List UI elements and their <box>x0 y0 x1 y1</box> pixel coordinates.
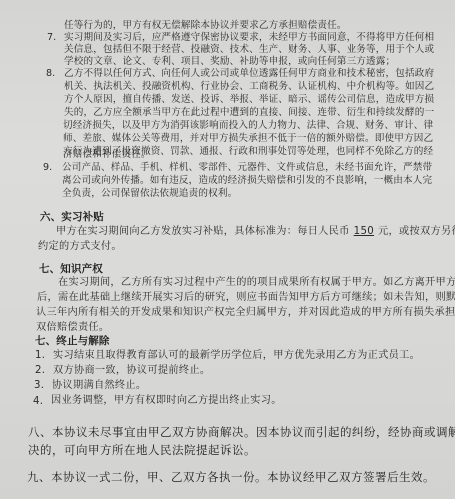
section-6-line-1-suffix: 元，或按双方另行 <box>378 226 455 237</box>
termination-item-3-number: 3. <box>34 380 44 392</box>
termination-item-2: 双方协商一致，协议可提前终止。 <box>53 365 210 377</box>
section-7-line-2: 后，需在此基础上继续开展实习后的研究，则应书面告知甲方后方可继续；如未告知，则默 <box>37 292 455 304</box>
clause-7-line-2: 关信息，包括但不限于经营、投融资、技术、生产、财务、人事、业务等，用于个人或 <box>64 44 434 56</box>
clause-9-line-2: 离公司或向外传播。如有违反，造成的经济损失赔偿和引发的不良影响，一概由本人完 <box>62 175 432 187</box>
agreement-page: 任等行为的，甲方有权无偿解除本协议并要求乙方承担赔偿责任。 7. 实习期间及实习… <box>0 0 455 499</box>
termination-item-4: 因业务调整，甲方有权即时向乙方提出终止实习。 <box>51 395 282 407</box>
section-6-line-1-prefix: 甲方在实习期间向乙方发放实习补贴，具体标准为：每日人民币 <box>56 226 350 237</box>
termination-item-3: 协议期满自然终止。 <box>52 380 146 392</box>
section-6-line-2: 约定的方式支付。 <box>38 241 122 253</box>
clause-9-line-3: 全负责，公司保留依法依规追责的权利。 <box>62 188 237 200</box>
section-6-line-1: 甲方在实习期间向乙方发放实习补贴，具体标准为：每日人民币150元，或按双方另行 <box>56 226 455 238</box>
clause-8-line-1: 乙方不得以任何方式、向任何人或公司或单位透露任何甲方商业和技术秘密，包括政府 <box>64 68 434 80</box>
clause-8-line-2: 机关、执法机关、投融资机构、行业协会、工商税务、认证机构、中介机构等。如因乙 <box>64 81 434 93</box>
clause-8-line-6: 师、差旅、媒体公关等费用，并对甲方损失承担不低于一倍的额外赔偿。即使甲方因乙 <box>63 133 433 145</box>
clause-8-line-8: 济赔偿和补偿责任。 <box>63 149 151 161</box>
clause-6-continuation: 任等行为的，甲方有权无偿解除本协议并要求乙方承担赔偿责任。 <box>64 20 347 32</box>
section-8-line-1: 八、本协议未尽事宜由甲乙双方协商解决。因本协议而引起的纠纷，经协商或调解不能解 <box>28 425 455 439</box>
daily-allowance-amount: 150 <box>350 226 378 237</box>
termination-item-2-number: 2. <box>35 365 45 377</box>
clause-7-line-3: 学校的文章、论文、专利、项目、奖励、补助等申报，或向任何第三方透露； <box>64 56 395 68</box>
section-7-heading: 七、知识产权 <box>39 263 103 275</box>
clause-8-number: 8. <box>46 68 55 80</box>
termination-item-4-number: 4. <box>33 396 43 408</box>
clause-7-line-1: 实习期间及实习后，应严格遵守保密协议要求，未经甲方书面同意，不得将甲方任何相 <box>64 32 434 44</box>
clause-8-line-4: 失的，乙方应全额承当甲方在此过程中遭到的直接、间接、连带、衍生和持续发酵的一 <box>64 107 434 119</box>
clause-9-number: 9. <box>43 162 52 174</box>
section-7-line-1: 在实习期间，乙方所有实习过程中产生的的项目成果所有权属于甲方。如乙方离开甲方 <box>58 277 455 289</box>
clause-8-line-3: 方个人原因，擅自传播、发送、投诉、举报、举证、暗示、谣传公司信息，造成甲方损 <box>64 94 434 106</box>
section-6-heading: 六、实习补贴 <box>40 211 104 223</box>
section-7-line-4: 双倍赔偿责任。 <box>36 322 109 334</box>
clause-9-line-1: 公司产品、样品、手机、样机、零部件、元器件、文件或信息，未经书面允许，严禁带 <box>62 162 432 174</box>
section-9-line: 九、本协议一式二份，甲、乙双方各执一份。本协议经甲乙双方签署后生效。 <box>27 470 435 484</box>
section-8-line-2: 决的，可向甲方所在地人民法院提起诉讼。 <box>28 443 256 457</box>
termination-item-1-number: 1. <box>35 350 45 362</box>
clause-8-line-5: 切经济损失，以及甲方为消弭该影响而投入的人力物力、法律、合规、财务、审计、律 <box>63 120 433 132</box>
section-7-line-3: 认三年内所有相关的开发成果和知识产权完全归属甲方，并对因此造成的甲方所有损失承担 <box>36 307 455 319</box>
termination-item-1: 实习结束且取得教育部认可的最新学历学位后，甲方优先录用乙方为正式员工。 <box>53 350 420 362</box>
clause-7-number: 7. <box>47 32 56 44</box>
termination-heading: 七、终止与解除 <box>35 335 110 347</box>
